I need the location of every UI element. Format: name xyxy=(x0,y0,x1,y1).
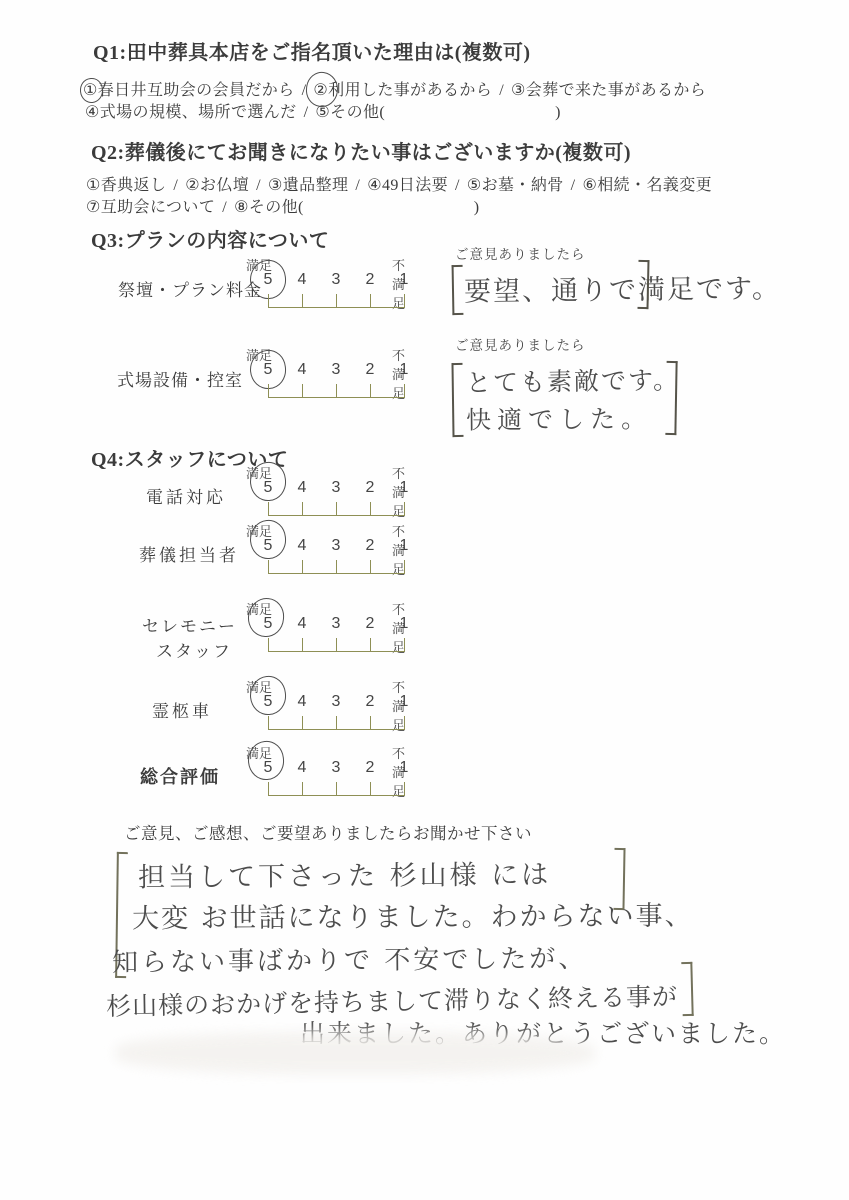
q3-comment-hint: ご意見ありましたら xyxy=(455,243,586,263)
q1-option4-marker: ④ xyxy=(85,102,100,122)
rating-scale: 満足 不満足 5 4 3 2 1 xyxy=(258,602,414,654)
rating-2: 2 xyxy=(360,479,380,497)
selected-rating-circle xyxy=(248,519,287,561)
free-comment-line3: 知らない事ばかりで 不安でしたが、 xyxy=(112,938,588,979)
q3-row-label-hall-waiting-room: 式場設備・控室 xyxy=(117,366,243,391)
option-separator: / xyxy=(455,177,460,194)
q3-row2-handwritten-comment-line1: とても素敵です。 xyxy=(466,361,680,400)
handwritten-bracket-open xyxy=(451,363,463,437)
rating-2: 2 xyxy=(360,693,380,711)
selected-rating-circle xyxy=(246,740,285,782)
selected-rating-circle xyxy=(248,461,287,503)
rating-scale: 満足 不満足 5 4 3 2 1 xyxy=(258,258,414,310)
rating-4: 4 xyxy=(292,271,312,289)
rating-2: 2 xyxy=(360,271,380,289)
q4-row-label-ceremony-staff-line1: セレモニー xyxy=(142,612,237,637)
rating-scale: 満足 不満足 5 4 3 2 1 xyxy=(258,524,414,576)
q2-option2-marker: ② xyxy=(185,175,200,195)
rating-4: 4 xyxy=(292,759,312,777)
handwritten-bracket-open xyxy=(452,265,464,315)
rating-3: 3 xyxy=(326,615,346,633)
handwritten-bracket-close xyxy=(637,260,649,309)
scale-line xyxy=(268,502,405,516)
q2-option6-label: 相続・名義変更 xyxy=(597,177,712,194)
q1-option2-label: 利用した事があるから xyxy=(328,82,492,99)
scale-line xyxy=(268,782,405,796)
option-separator: / xyxy=(304,104,309,121)
rating-3: 3 xyxy=(326,537,346,555)
q2-option8-label: その他( xyxy=(249,199,304,216)
q4-row-label-phone-response: 電話対応 xyxy=(146,483,226,508)
q2-paren-close: ) xyxy=(474,199,480,216)
rating-2: 2 xyxy=(360,537,380,555)
scan-smudge-artifact xyxy=(115,1032,595,1074)
rating-1: 1 xyxy=(394,693,414,711)
rating-2: 2 xyxy=(360,361,380,379)
q2-option8-marker: ⑧ xyxy=(234,197,249,217)
rating-2: 2 xyxy=(360,759,380,777)
handwritten-bracket-close xyxy=(681,962,693,1016)
q2-option5-label: お墓・納骨 xyxy=(482,177,564,194)
handwritten-bracket-close xyxy=(665,361,677,435)
rating-1: 1 xyxy=(394,361,414,379)
q1-option1-marker-circled: ① xyxy=(83,80,98,100)
q1-paren-close: ) xyxy=(555,104,561,121)
q3-comment-hint: ご意見ありましたら xyxy=(455,334,586,354)
rating-1: 1 xyxy=(394,615,414,633)
q1-option5-label: その他( xyxy=(330,104,385,121)
q2-option6-marker: ⑥ xyxy=(583,175,598,195)
scale-line xyxy=(268,384,405,398)
q2-option2-label: お仏壇 xyxy=(200,177,249,194)
rating-3: 3 xyxy=(326,361,346,379)
option-separator: / xyxy=(222,199,227,216)
q2-option7-marker: ⑦ xyxy=(86,197,101,217)
rating-4: 4 xyxy=(292,615,312,633)
rating-4: 4 xyxy=(292,537,312,555)
free-comment-prompt: ご意見、ご感想、ご要望ありましたらお聞かせ下さい xyxy=(124,820,532,844)
q1-option5-marker: ⑤ xyxy=(315,102,330,122)
q2-option3-label: 遺品整理 xyxy=(283,177,349,194)
option-separator: / xyxy=(499,82,504,99)
rating-1: 1 xyxy=(394,537,414,555)
scale-line xyxy=(268,294,405,308)
survey-form-scan: Q1:田中葬具本店をご指名頂いた理由は(複数可) ①春日井互助会の会員だから/②… xyxy=(0,0,849,1200)
option-separator: / xyxy=(173,177,178,194)
selected-rating-circle xyxy=(248,675,287,717)
q4-row-label-funeral-director: 葬儀担当者 xyxy=(139,541,239,566)
rating-2: 2 xyxy=(360,615,380,633)
q1-heading: Q1:田中葬具本店をご指名頂いた理由は(複数可) xyxy=(93,36,531,65)
q1-options-line1: ①春日井互助会の会員だから/②利用した事があるから/③会葬で来た事があるから xyxy=(83,77,706,100)
q3-row1-handwritten-comment: 要望、通りで満足です。 xyxy=(464,266,781,308)
q2-option1-marker: ① xyxy=(86,175,101,195)
q4-row-label-ceremony-staff-line2: スタッフ xyxy=(156,637,232,662)
rating-1: 1 xyxy=(394,479,414,497)
rating-3: 3 xyxy=(326,479,346,497)
q4-row-label-hearse: 霊柩車 xyxy=(152,697,212,722)
q3-heading: Q3:プランの内容について xyxy=(91,224,329,253)
q2-options-line1: ①香典返し/②お仏壇/③遺品整理/④49日法要/⑤お墓・納骨/⑥相続・名義変更 xyxy=(86,172,712,195)
q2-heading: Q2:葬儀後にてお聞きになりたい事はございますか(複数可) xyxy=(91,136,631,165)
rating-3: 3 xyxy=(326,271,346,289)
q2-option4-marker: ④ xyxy=(367,175,382,195)
q2-option1-label: 香典返し xyxy=(101,177,167,194)
q4-row-label-overall-rating: 総合評価 xyxy=(140,763,220,789)
q3-row-label-altar-plan: 祭壇・プラン料金 xyxy=(118,276,262,301)
free-comment-line1: 担当して下さった 杉山様 には xyxy=(138,853,551,895)
q2-option7-label: 互助会について xyxy=(101,199,215,216)
rating-scale: 満足 不満足 5 4 3 2 1 xyxy=(258,746,414,798)
rating-scale: 満足 不満足 5 4 3 2 1 xyxy=(258,466,414,518)
q1-option4-label: 式場の規模、場所で選んだ xyxy=(100,104,297,121)
rating-4: 4 xyxy=(292,693,312,711)
rating-4: 4 xyxy=(292,479,312,497)
option-separator: / xyxy=(256,177,261,194)
q1-option3-marker: ③ xyxy=(511,80,526,100)
rating-3: 3 xyxy=(326,693,346,711)
q1-option2-marker-circled: ② xyxy=(313,80,328,100)
q2-option4-label: 49日法要 xyxy=(382,177,448,194)
free-comment-line2: 大変 お世話になりました。わからない事、 xyxy=(132,894,694,936)
rating-1: 1 xyxy=(394,759,414,777)
rating-4: 4 xyxy=(292,361,312,379)
q2-option3-marker: ③ xyxy=(268,175,283,195)
q1-option3-label: 会葬で来た事があるから xyxy=(526,82,706,99)
scale-line xyxy=(268,638,405,652)
q2-option5-marker: ⑤ xyxy=(467,175,482,195)
option-separator: / xyxy=(571,177,576,194)
rating-scale: 満足 不満足 5 4 3 2 1 xyxy=(258,348,414,400)
q3-row2-handwritten-comment-line2: 快適でした。 xyxy=(466,399,652,437)
scale-line xyxy=(268,716,405,730)
selected-rating-circle xyxy=(247,597,286,638)
scale-line xyxy=(268,560,405,574)
rating-scale: 満足 不満足 5 4 3 2 1 xyxy=(258,680,414,732)
q2-options-line2: ⑦互助会について/⑧その他() xyxy=(86,194,480,217)
q1-option1-label: 春日井互助会の会員だから xyxy=(98,82,295,99)
option-separator: / xyxy=(355,177,360,194)
rating-3: 3 xyxy=(326,759,346,777)
q1-options-line2: ④式場の規模、場所で選んだ/⑤その他() xyxy=(85,99,561,122)
rating-1: 1 xyxy=(394,271,414,289)
